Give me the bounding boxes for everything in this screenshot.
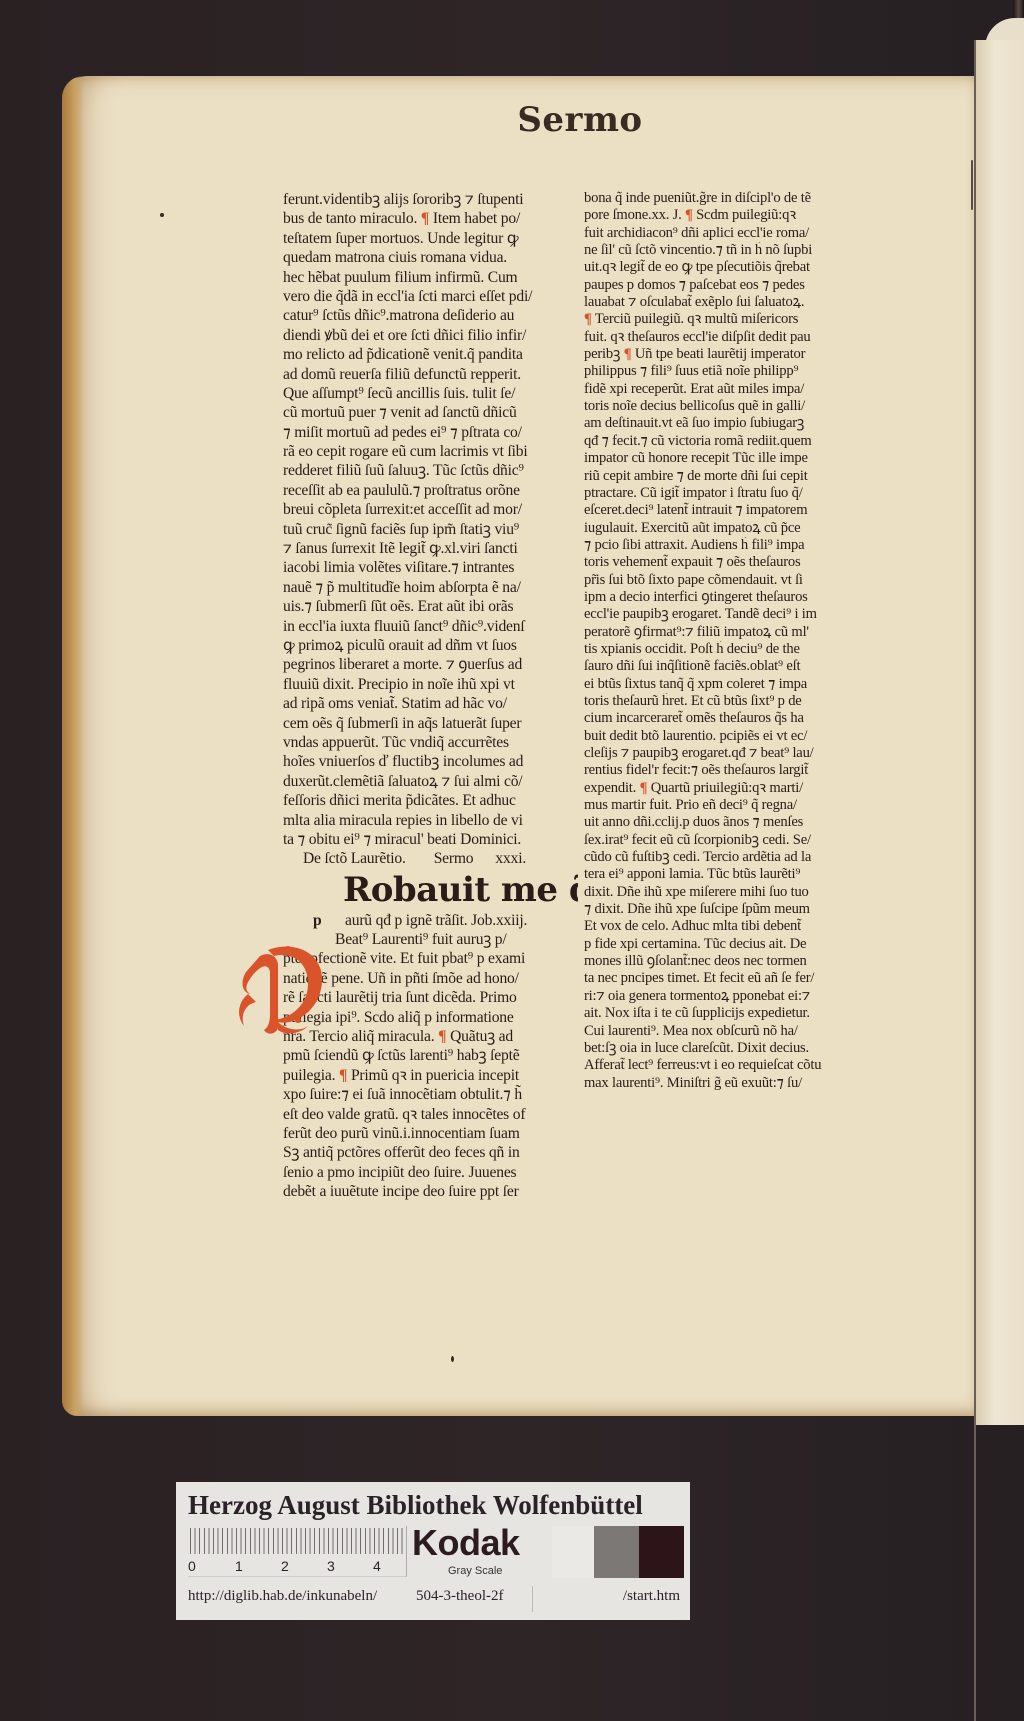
text-line: feſſoris dñici merita p̃dicãtes. Et adhu… xyxy=(283,791,578,810)
text-line: fluuiũ dixit. Precipio in noĩe ihũ xpi v… xyxy=(283,675,578,694)
text-line: iacobi limia volẽtes viſitare.⁊ intrante… xyxy=(283,558,578,577)
incipit: Robauit me q̃ſi xyxy=(283,869,578,911)
text-line: ei btũs ſixtus tanq̃ q̃ xpm coleret ⁊ im… xyxy=(584,676,874,693)
text-line: duxerũt.clemẽtiã ſaluatoꝝ ⁊ ſui almi cõ/ xyxy=(283,772,578,791)
paragraph-mark-icon: ¶ xyxy=(339,1067,347,1084)
text-line: ne ſil' cũ ſctõ vincentio.⁊ tñ in h̃ nõ … xyxy=(584,242,874,259)
text-line: ri:⁊ oia genera tormentoꝝ pponebat ei:⁊ xyxy=(584,988,874,1005)
text-line: ad domũ reuerſa filiũ defunctũ repperit. xyxy=(283,365,578,384)
text-line: fuit. qꝛ theſauros eccl'ie diſpſit dedit… xyxy=(584,329,874,346)
sermon-title-left: De ſctõ Laurẽtio. xyxy=(303,850,406,867)
text-line: ad ripã oms veniat̃. Statim ad hãc vo/ xyxy=(283,694,578,713)
decorated-initial-p-icon xyxy=(238,942,328,1038)
text-line: riũ cepit ambire ⁊ de morte dñi ſui cepi… xyxy=(584,468,874,485)
text-line: bus de tanto miraculo. ¶ Item habet po/ xyxy=(283,209,578,228)
text-line: ⁊ dixit. Dñe ihũ xpe ſuſcipe ſpũm meum xyxy=(584,901,874,918)
text-line: pore ſmone.xx. J. ¶ Scdm puilegiũ:qꝛ xyxy=(584,207,874,224)
text-line: nauẽ ⁊ p̃ multitudĩe hoim abſorpta ẽ na/ xyxy=(283,578,578,597)
swatch-black xyxy=(639,1526,684,1578)
text-line: ſenio a pmo incipiũt deo ſuire. Juuenes xyxy=(283,1163,578,1182)
ruler-label: 2 xyxy=(281,1558,289,1574)
text-line: toris noĩe decius bellicoſus quẽ in gall… xyxy=(584,398,874,415)
url-base: http://diglib.hab.de/inkunabeln/ xyxy=(188,1588,377,1605)
ruler-label: 0 xyxy=(188,1558,196,1574)
text-line: Afferat̃ lect⁹ ferreus:vt i eo requieſca… xyxy=(584,1057,874,1074)
sermon-title: De ſctõ Laurẽtio.Sermoxxxi. xyxy=(283,849,578,868)
text-line: debẽt a iuuẽtute incipe deo ſuire ppt ſe… xyxy=(283,1182,578,1201)
text-line: in eccl'ia iuxta fluuiũ ſanct⁹ dñic⁹.vid… xyxy=(283,617,578,636)
text-line: cem oẽs q̃ ſubmerſi in aq̃s latuerãt ſup… xyxy=(283,714,578,733)
text-line: quedam matrona ciuis romana vidua. xyxy=(283,248,578,267)
text-line: bona q̃ inde pueniũt.g̃re in diſcipl'o d… xyxy=(584,190,874,207)
paragraph-mark-icon: ¶ xyxy=(624,346,632,362)
swatch-gray xyxy=(594,1526,639,1578)
swatch-white xyxy=(552,1526,594,1578)
sermon-title-middle: Sermo xyxy=(434,850,474,867)
text-line: eſceret.deci⁹ latent̃ intrauit ⁊ impator… xyxy=(584,502,874,519)
text-line: paupes p domos ⁊ paſcebat eos ⁊ pedes xyxy=(584,277,874,294)
text-line: toris vehement̃ expauit ⁊ oẽs theſauros xyxy=(584,554,874,571)
text-line: buit dedit btõ laurentio. pcipiẽs ei vt … xyxy=(584,728,874,745)
text-line: cũdo cũ fuſtibꝫ cedi. Tercio ardẽtia ad … xyxy=(584,849,874,866)
text-line: rentius fidel'r fecit:⁊ oẽs theſauros la… xyxy=(584,762,874,779)
text-line: pmũ ſciendũ ꝙ ſctũs larenti⁹ habꝫ ſeptẽ xyxy=(283,1046,578,1065)
page-mark xyxy=(971,160,973,210)
text-line: ta ⁊ obitu ei⁹ ⁊ miracul' beati Dominici… xyxy=(283,830,578,849)
text-line: ta nec pncipes timet. Et fecit eũ añ ſe … xyxy=(584,970,874,987)
text-line: ſauro dñi ſui inq̃ſitionẽ faciẽs.oblat⁹ … xyxy=(584,658,874,675)
text-line: vero die q̃dã in eccl'ia ſcti marci eſſe… xyxy=(283,287,578,306)
text-column-left: ferunt.videntibꝫ alijs ſororibꝫ ⁊ ſtupen… xyxy=(283,190,578,1202)
text-line: p fide xpi certamina. Tũc decius ait. De xyxy=(584,936,874,953)
gutter-fold xyxy=(974,40,976,1721)
text-line: cũ mortuũ puer ⁊ venit ad ſanctũ dñicũ xyxy=(283,403,578,422)
text-line: ⁊ miſit mortuũ ad pedes ei⁹ ⁊ pſtrata co… xyxy=(283,423,578,442)
text-line: Cui laurenti⁹. Mea nox obſcurũ nõ ha/ xyxy=(584,1023,874,1040)
text-line: eſt deo valde gratũ. qꝛ tales innocẽtes … xyxy=(283,1105,578,1124)
running-head: Sermo xyxy=(480,100,680,140)
gray-scale-label: Gray Scale xyxy=(448,1565,502,1577)
text-line: ait. Nox iſta i te cũ ſupplicijs expedie… xyxy=(584,1005,874,1022)
text-line: aurũ qđ p ignẽ trãſit. Job.xxiij.p xyxy=(283,911,578,930)
text-column-right: bona q̃ inde pueniũt.g̃re in diſcipl'o d… xyxy=(584,190,874,1092)
text-line: hoĩes vniuerſos ď fluctibꝫ incolumes ad xyxy=(283,752,578,771)
page-speck xyxy=(160,213,164,217)
text-line: mones illũ ꝯſolant̃:nec deos nec tormen xyxy=(584,953,874,970)
text-line: mus martir fuit. Prio eñ deci⁹ q̃ regna/ xyxy=(584,797,874,814)
sermon-title-number: xxxi. xyxy=(495,850,526,867)
text-line: redderet filiũ ſuũ ſaluuꝫ. Tũc ſctũs dñi… xyxy=(283,461,578,480)
text-line: Sꝫ antiq̃ pctõres offerũt deo feces qñ i… xyxy=(283,1143,578,1162)
text-line: ferunt.videntibꝫ alijs ſororibꝫ ⁊ ſtupen… xyxy=(283,190,578,209)
text-line: tuũ cruc̃ ſignũ faciẽs ſup ipm̃ ſtatiꝫ v… xyxy=(283,520,578,539)
footer-divider xyxy=(532,1586,533,1612)
text-line: pr̃is ſui btõ ſixto pape cõmendauit. vt … xyxy=(584,572,874,589)
text-line: fidẽ xpi receperũt. Erat aũt miles impa/ xyxy=(584,381,874,398)
text-line: fuit archidiacon⁹ dñi aplici eccl'ie rom… xyxy=(584,225,874,242)
text-line: vndas appuerũt. Tũc vndiq̃ accurrẽtes xyxy=(283,733,578,752)
text-line: uit anno dñi.cclij.p duos ãnos ⁊ menſes xyxy=(584,814,874,831)
paragraph-mark-icon: ¶ xyxy=(640,780,648,796)
text-line: ipm a decio interfici ꝯtingeret theſauro… xyxy=(584,589,874,606)
text-line: receſſit ab ea paululũ.⁊ proſtratus orõn… xyxy=(283,481,578,500)
text-line: impator cũ honore recepit Tũc ille impe xyxy=(584,450,874,467)
text-line: peribꝫ ¶ Uñ tpe beati laurẽtij imperator xyxy=(584,346,874,363)
ruler-ticks xyxy=(190,1528,406,1554)
paragraph-mark-icon: ¶ xyxy=(584,311,592,327)
text-line: Que aſſumpt⁹ ſecũ ancillis ſuis. tulit ſ… xyxy=(283,384,578,403)
text-line: max laurenti⁹. Miniſtri g̃ eũ exuũt:⁊ ſu… xyxy=(584,1075,874,1092)
text-line: rã eo cepit rogare eũ cum lacrimis vt ſi… xyxy=(283,442,578,461)
text-line: tera ei⁹ apponi lamia. Tũc btũs laurẽti⁹ xyxy=(584,866,874,883)
text-line: iugulauit. Exercitũ aũt impatoꝝ cũ p̃ce xyxy=(584,520,874,537)
ruler-label: 4 xyxy=(373,1558,381,1574)
paragraph-mark-icon: ¶ xyxy=(421,210,429,227)
text-line: tis xpianis occidit. Poſt h̃ deciu⁹ de t… xyxy=(584,641,874,658)
text-line: am deſtinauit.vt eã ſuo impio ſubiugarꝫ xyxy=(584,415,874,432)
text-line: teſtatem ſuper mortuos. Unde legitur ꝙ xyxy=(283,229,578,248)
paragraph-mark-icon: ¶ xyxy=(685,207,693,223)
text-line: ⁊ pcio ſibi attraxit. Audiens h̃ fili⁹ i… xyxy=(584,537,874,554)
text-line: peratorẽ ꝯfirmat⁹:⁊ filiũ impatoꝝ cũ ml' xyxy=(584,624,874,641)
color-calibration-card: Herzog August Bibliothek Wolfenbüttel 0 … xyxy=(176,1482,690,1620)
url-end: /start.htm xyxy=(623,1588,680,1605)
text-line: dixit. Dñe ihũ xpe miſerere mihi ſuo tuo xyxy=(584,884,874,901)
text-line: cleſijs ⁊ paupibꝫ erogaret.qđ ⁊ beat⁹ la… xyxy=(584,745,874,762)
guide-letter: p xyxy=(313,911,321,930)
text-line: bet:ſꝫ oia in luce clareſcũt. Dixit deci… xyxy=(584,1040,874,1057)
text-line: xpo ſuire:⁊ ei ſuã innocẽtiam obtulit.⁊ … xyxy=(283,1085,578,1104)
ruler-label: 1 xyxy=(235,1558,243,1574)
text-line: uis.⁊ ſubmerſi ſũt oẽs. Erat aũt ibi orã… xyxy=(283,597,578,616)
text-line: expendit. ¶ Quartũ priuilegiũ:qꝛ marti/ xyxy=(584,780,874,797)
text-line: uit.qꝛ legit̃ de eo ꝙ tpe pſecutiõis q̃r… xyxy=(584,259,874,276)
text-line: ꝙ primoꝝ piculũ orauit ad dñm vt ſuos xyxy=(283,636,578,655)
ruler-label: 3 xyxy=(327,1558,335,1574)
text-line: ferũt deo purũ vinũ.i.innocentiam ſuam xyxy=(283,1124,578,1143)
text-line: lauabat ⁊ oſculabat̃ exẽplo ſui ſaluatoꝝ… xyxy=(584,294,874,311)
text-line: cium incarceraret̃ omẽs theſauros q̃s ha xyxy=(584,710,874,727)
text-line: ptractare. Cũ igit̃ impator i ſtratu ſuo… xyxy=(584,485,874,502)
facing-page-bleed-text xyxy=(985,180,1023,780)
card-title: Herzog August Bibliothek Wolfenbüttel xyxy=(188,1490,643,1521)
measurement-ruler: 0 1 2 3 4 xyxy=(188,1526,407,1577)
text-line: catur⁹ ſctũs dñic⁹.matrona deſiderio au xyxy=(283,306,578,325)
shelfmark: 504-3-theol-2f xyxy=(416,1588,503,1605)
text-line: eccl'ie paupibꝫ erogaret. Tandẽ deci⁹ i … xyxy=(584,606,874,623)
kodak-logo: Kodak xyxy=(412,1522,520,1564)
text-line: hec hẽbat puulum filium infirmũ. Cum xyxy=(283,268,578,287)
text-line: philippus ⁊ fili⁹ ſuus etiã noĩe philipp… xyxy=(584,363,874,380)
text-line: puilegia. ¶ Primũ qꝛ in puericia incepit xyxy=(283,1066,578,1085)
text-line: diendi ꝟbũ dei et ore ſcti dñici filio i… xyxy=(283,326,578,345)
text-line: mlta alia miracula repies in libello de … xyxy=(283,811,578,830)
text-line: ⁊ ſanus ſurrexit Itẽ legit̃ ꝙ.xl.viri ſa… xyxy=(283,539,578,558)
text-line: ¶ Terciũ puilegiũ. qꝛ multũ miſericors xyxy=(584,311,874,328)
paragraph-mark-icon: ¶ xyxy=(438,1028,446,1045)
text-line: toris theſaurũ h̃ret. Et cũ btũs ſixt⁹ p… xyxy=(584,693,874,710)
text-line: breui cõpleta ſurrexit:et acceſſit ad mo… xyxy=(283,500,578,519)
text-line: qđ ⁊ fecit.⁊ cũ victoria romã rediit.que… xyxy=(584,433,874,450)
text-line: Et vox de celo. Adhuc mlta tibi debent̃ xyxy=(584,918,874,935)
page-speck xyxy=(451,1356,454,1362)
text-line: ſex.irat⁹ fecit eũ cũ ſcorpionibꝫ cedi. … xyxy=(584,832,874,849)
text-line: pegrinos liberaret a morte. ⁊ ꝯuerſus ad xyxy=(283,655,578,674)
text-line: mo relicto ad p̃dicationẽ venit.q̃ pandi… xyxy=(283,345,578,364)
